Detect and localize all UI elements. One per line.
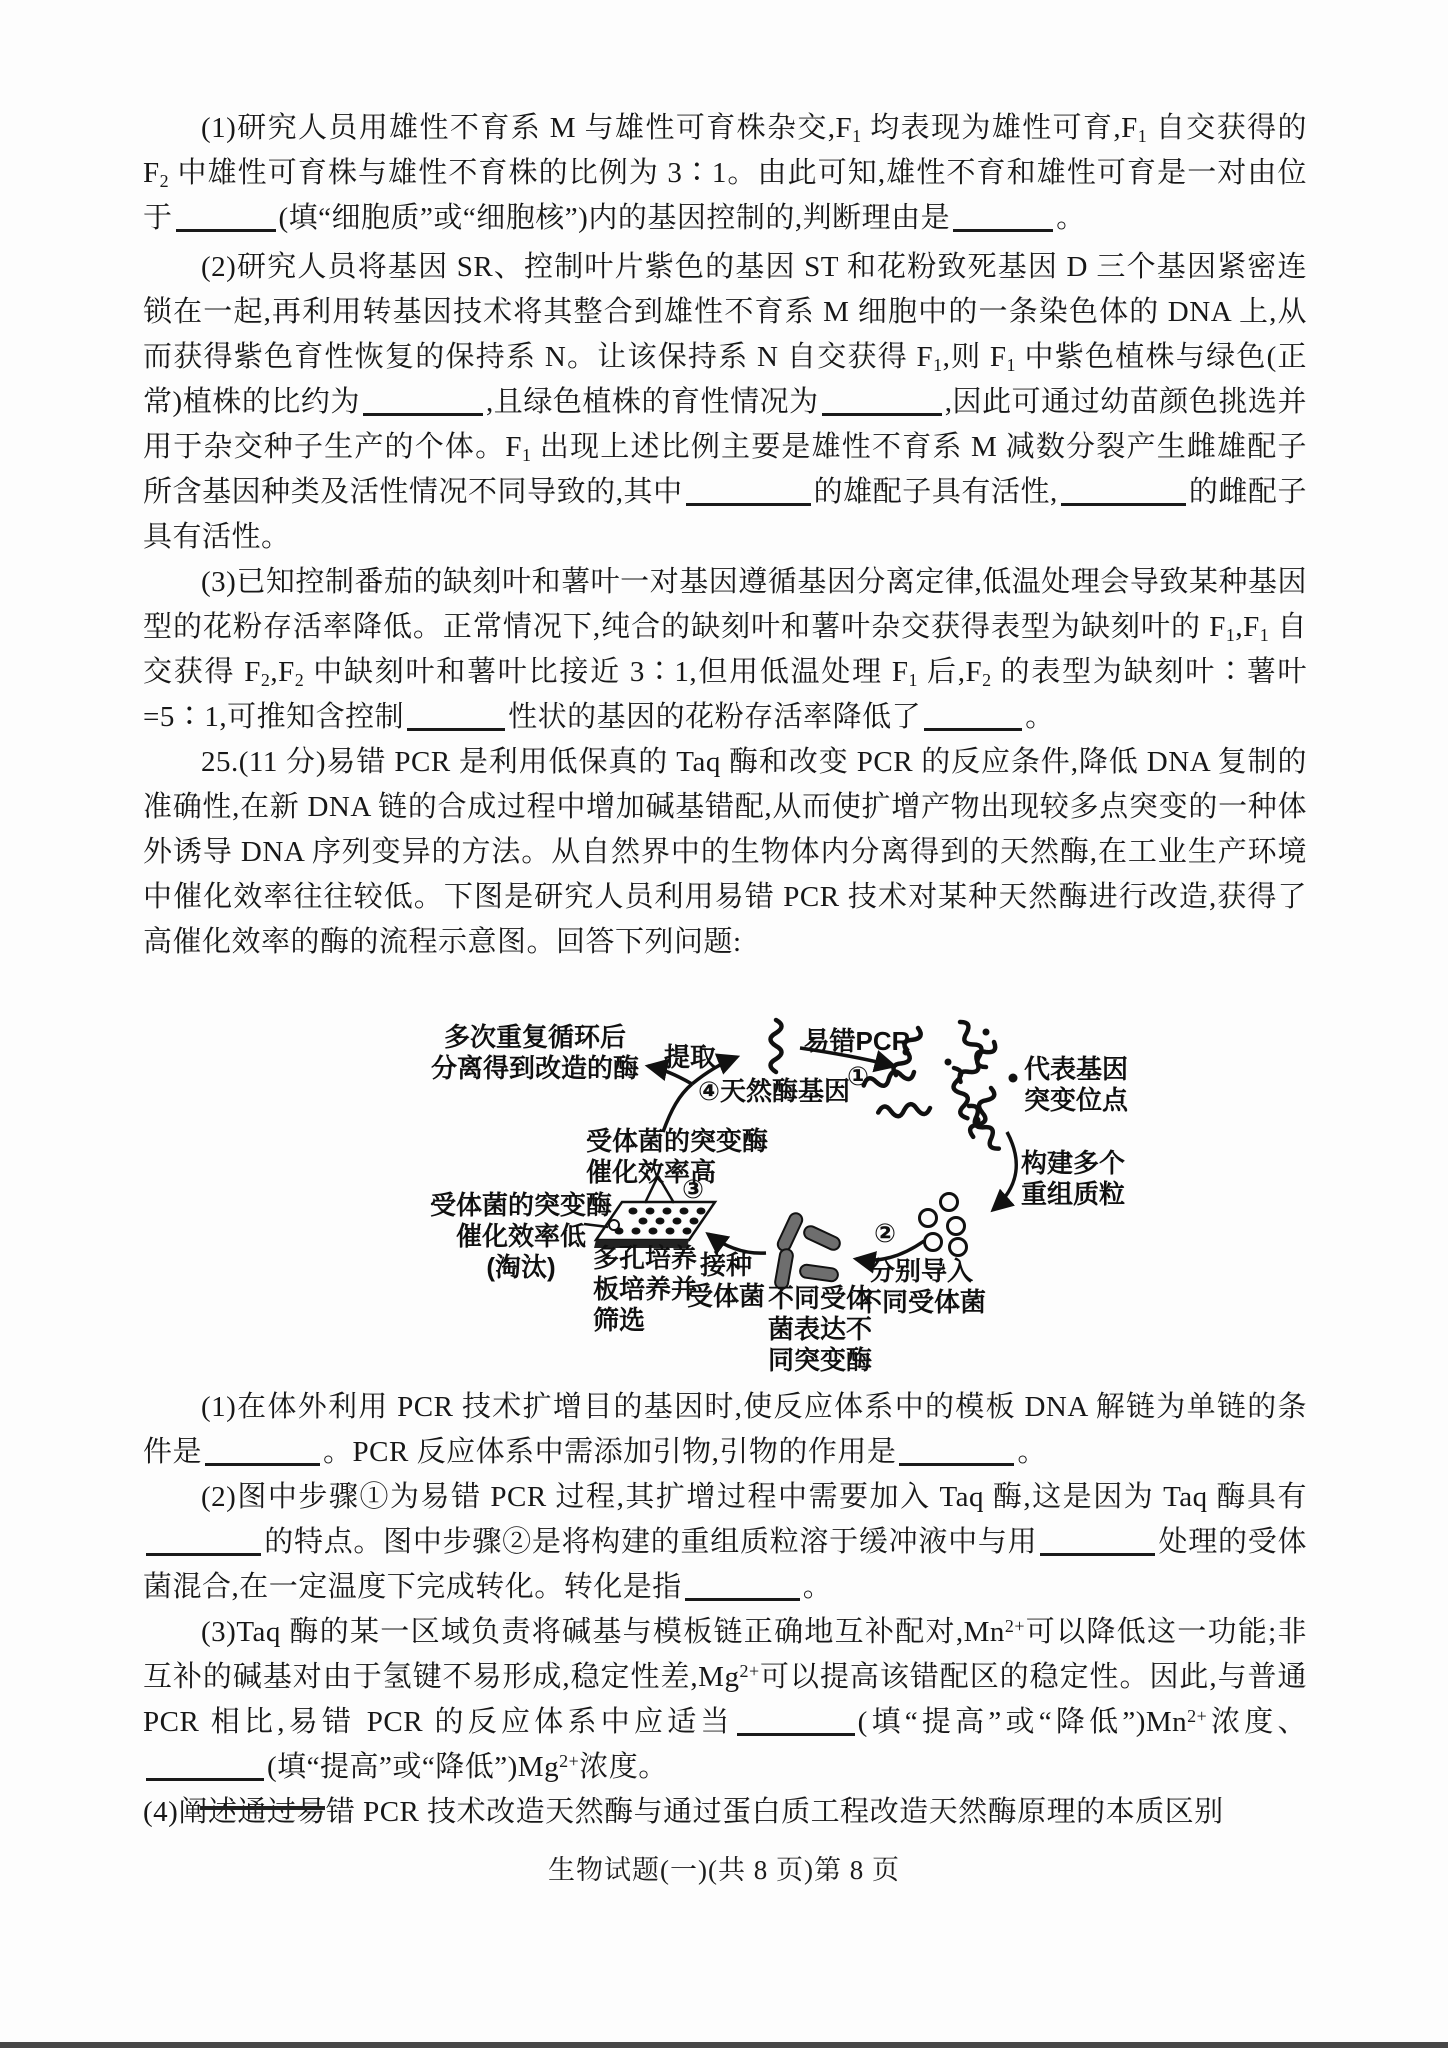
mutation-site-dot bbox=[974, 1117, 981, 1124]
pcr-flow-diagram: 多次重复循环后 分离得到改造的酶提取④天然酶基因易错PCR①代表基因 突变位点构… bbox=[0, 0, 1448, 2048]
question-4-answer-blank-line[interactable] bbox=[200, 1806, 325, 1810]
label-error-pcr: 易错PCR bbox=[804, 1026, 911, 1057]
gene-squiggle bbox=[771, 1020, 782, 1072]
exam-page: (1)研究人员用雄性不育系 M 与雄性可育株杂交,F1 均表现为雄性可育,F1 … bbox=[0, 0, 1448, 2048]
recipient-bacteria bbox=[774, 1211, 842, 1290]
build-plasmids-arrow bbox=[993, 1132, 1016, 1210]
legend-bullet bbox=[1009, 1074, 1018, 1083]
label-low-efficiency: 受体菌的突变酶 催化效率低 (淘汰) bbox=[430, 1190, 612, 1283]
label-high-efficiency: 受体菌的突变酶 催化效率高 bbox=[586, 1126, 768, 1188]
label-inoculate: 接种 受体菌 bbox=[687, 1250, 765, 1312]
label-mutation-site-legend: 代表基因 突变位点 bbox=[1024, 1054, 1128, 1116]
page-footer: 生物试题(一)(共 8 页)第 8 页 bbox=[0, 1848, 1448, 1887]
label-build-plasmids: 构建多个 重组质粒 bbox=[1021, 1148, 1125, 1210]
well-plate bbox=[594, 1202, 715, 1248]
label-extract: 提取 bbox=[664, 1042, 716, 1073]
label-step-1: ① bbox=[847, 1061, 869, 1092]
plasmids bbox=[920, 1194, 967, 1256]
label-natural-enzyme-gene: ④天然酶基因 bbox=[698, 1076, 850, 1107]
mutation-site-dot bbox=[983, 1029, 990, 1036]
label-import: 分别导入 不同受体菌 bbox=[856, 1256, 986, 1318]
label-step-3: ③ bbox=[682, 1174, 704, 1205]
scan-edge-artifact bbox=[0, 2042, 1448, 2048]
pcr-flow-diagram-shapes bbox=[0, 0, 1448, 2048]
label-express: 不同受体 菌表达不 同突变酶 bbox=[768, 1283, 872, 1376]
label-step-2: ② bbox=[874, 1218, 896, 1249]
label-repeat-cycles: 多次重复循环后 分离得到改造的酶 bbox=[431, 1022, 639, 1084]
mutation-site-dot bbox=[945, 1059, 952, 1066]
plate-wells bbox=[615, 1208, 706, 1235]
